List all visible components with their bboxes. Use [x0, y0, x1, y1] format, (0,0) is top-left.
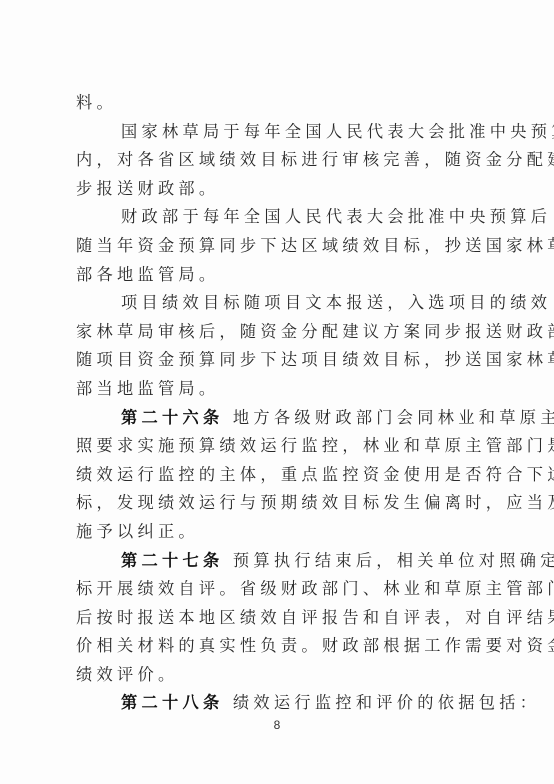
text-line: 绩效运行监控的主体，重点监控资金使用是否符合下达的绩效目 [76, 461, 488, 490]
text-line: 项目绩效目标随项目文本报送，入选项目的绩效目标表经国 [76, 289, 488, 318]
article-26-first-line: 第二十六条 地方各级财政部门会同林业和草原主管部门按 [76, 404, 488, 433]
text-line: 绩效评价。 [76, 661, 488, 690]
text-line: 标，发现绩效运行与预期绩效目标发生偏离时，应当及时采取措 [76, 489, 488, 518]
text-span: 预算执行结束后，相关单位对照确定的绩效目 [233, 551, 554, 570]
text-line: 标开展绩效自评。省级财政部门、林业和草原主管部门审核汇总 [76, 575, 488, 604]
article-heading: 第二十七条 [121, 551, 223, 570]
text-line: 财政部于每年全国人民代表大会批准中央预算后 30 日内， [76, 203, 488, 232]
text-line: 照要求实施预算绩效运行监控，林业和草原主管部门是实施预算 [76, 432, 488, 461]
page-number: 8 [0, 718, 554, 732]
text-span: 地方各级财政部门会同林业和草原主管部门按 [233, 408, 554, 427]
text-line: 施予以纠正。 [76, 518, 488, 547]
document-page: 料。 国家林草局于每年全国人民代表大会批准中央预算后 15 日 内，对各省区域绩… [0, 0, 554, 784]
text-line: 步报送财政部。 [76, 175, 488, 204]
text-line: 后按时报送本地区绩效自评报告和自评表，对自评结果和绩效评 [76, 604, 488, 633]
article-27-first-line: 第二十七条 预算执行结束后，相关单位对照确定的绩效目 [76, 547, 488, 576]
article-heading: 第二十六条 [121, 408, 223, 427]
text-line: 部各地监管局。 [76, 261, 488, 290]
article-heading: 第二十八条 [121, 693, 223, 712]
text-line: 国家林草局于每年全国人民代表大会批准中央预算后 15 日 [76, 118, 488, 147]
text-line: 家林草局审核后，随资金分配建议方案同步报送财政部；财政部 [76, 318, 488, 347]
text-span: 绩效运行监控和评价的依据包括： [233, 693, 540, 712]
text-line: 内，对各省区域绩效目标进行审核完善，随资金分配建议方案同 [76, 146, 488, 175]
text-line: 价相关材料的真实性负责。财政部根据工作需要对资金开展重点 [76, 632, 488, 661]
text-line: 料。 [76, 89, 488, 118]
document-body: 料。 国家林草局于每年全国人民代表大会批准中央预算后 15 日 内，对各省区域绩… [76, 89, 488, 718]
article-28-first-line: 第二十八条 绩效运行监控和评价的依据包括： [76, 689, 488, 718]
text-line: 随项目资金预算同步下达项目绩效目标，抄送国家林草局、财政 [76, 346, 488, 375]
text-line: 部当地监管局。 [76, 375, 488, 404]
text-line: 随当年资金预算同步下达区域绩效目标，抄送国家林草局、财政 [76, 232, 488, 261]
